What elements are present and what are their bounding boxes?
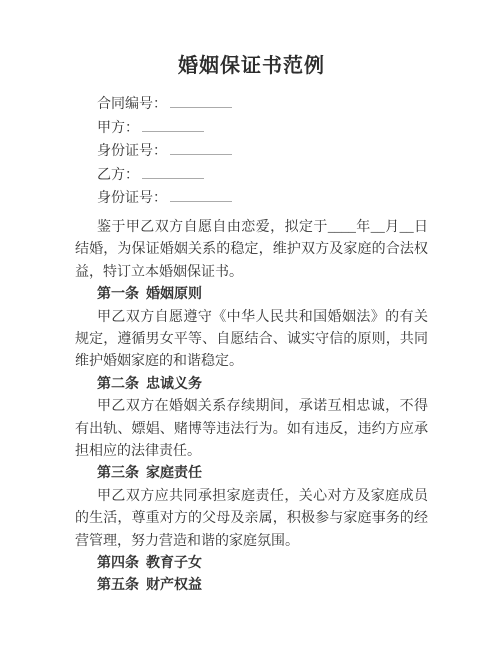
article-5-heading: 第五条 财产权益 <box>97 575 428 597</box>
article-4-heading: 第四条 教育子女 <box>97 553 428 575</box>
party-b-label: 乙方： <box>97 164 139 188</box>
article-3: 第三条 家庭责任 甲乙双方应共同承担家庭责任，关心对方及家庭成员的生活，尊重对方… <box>75 463 428 553</box>
party-b-id-label: 身份证号： <box>97 187 167 211</box>
article-3-body: 甲乙双方应共同承担家庭责任，关心对方及家庭成员的生活，尊重对方的父母及亲属，积极… <box>75 486 428 553</box>
field-row-party-a: 甲方： <box>97 117 428 141</box>
party-a-id-label: 身份证号： <box>97 140 167 164</box>
article-2-body: 甲乙双方在婚姻关系存续期间，承诺互相忠诚，不得有出轨、嫖娼、赌博等违法行为。如有… <box>75 396 428 463</box>
contract-number-blank-line <box>170 96 232 108</box>
article-1: 第一条 婚姻原则 甲乙双方自愿遵守《中华人民共和国婚姻法》的有关规定，遵循男女平… <box>75 284 428 374</box>
article-1-body: 甲乙双方自愿遵守《中华人民共和国婚姻法》的有关规定，遵循男女平等、自愿结合、诚实… <box>75 307 428 374</box>
document-page: 婚姻保证书范例 合同编号： 甲方： 身份证号： 乙方： 身份证号： 鉴于甲乙双方… <box>0 0 500 647</box>
party-a-label: 甲方： <box>97 117 139 141</box>
contract-number-label: 合同编号： <box>97 93 167 117</box>
field-row-contract-number: 合同编号： <box>97 93 428 117</box>
article-5: 第五条 财产权益 <box>75 575 428 597</box>
party-a-blank-line <box>142 120 204 132</box>
party-a-id-blank-line <box>170 143 232 155</box>
article-2: 第二条 忠诚义务 甲乙双方在婚姻关系存续期间，承诺互相忠诚，不得有出轨、嫖娼、赌… <box>75 374 428 464</box>
article-1-heading: 第一条 婚姻原则 <box>97 284 428 306</box>
intro-paragraph: 鉴于甲乙双方自愿自由恋爱，拟定于____年__月__日结婚，为保证婚姻关系的稳定… <box>75 217 428 284</box>
article-3-heading: 第三条 家庭责任 <box>97 463 428 485</box>
field-row-party-b: 乙方： <box>97 164 428 188</box>
document-title: 婚姻保证书范例 <box>75 52 428 80</box>
article-4: 第四条 教育子女 <box>75 553 428 575</box>
field-row-party-a-id: 身份证号： <box>97 140 428 164</box>
article-2-heading: 第二条 忠诚义务 <box>97 374 428 396</box>
party-b-id-blank-line <box>170 190 232 202</box>
field-row-party-b-id: 身份证号： <box>97 187 428 211</box>
party-b-blank-line <box>142 167 204 179</box>
